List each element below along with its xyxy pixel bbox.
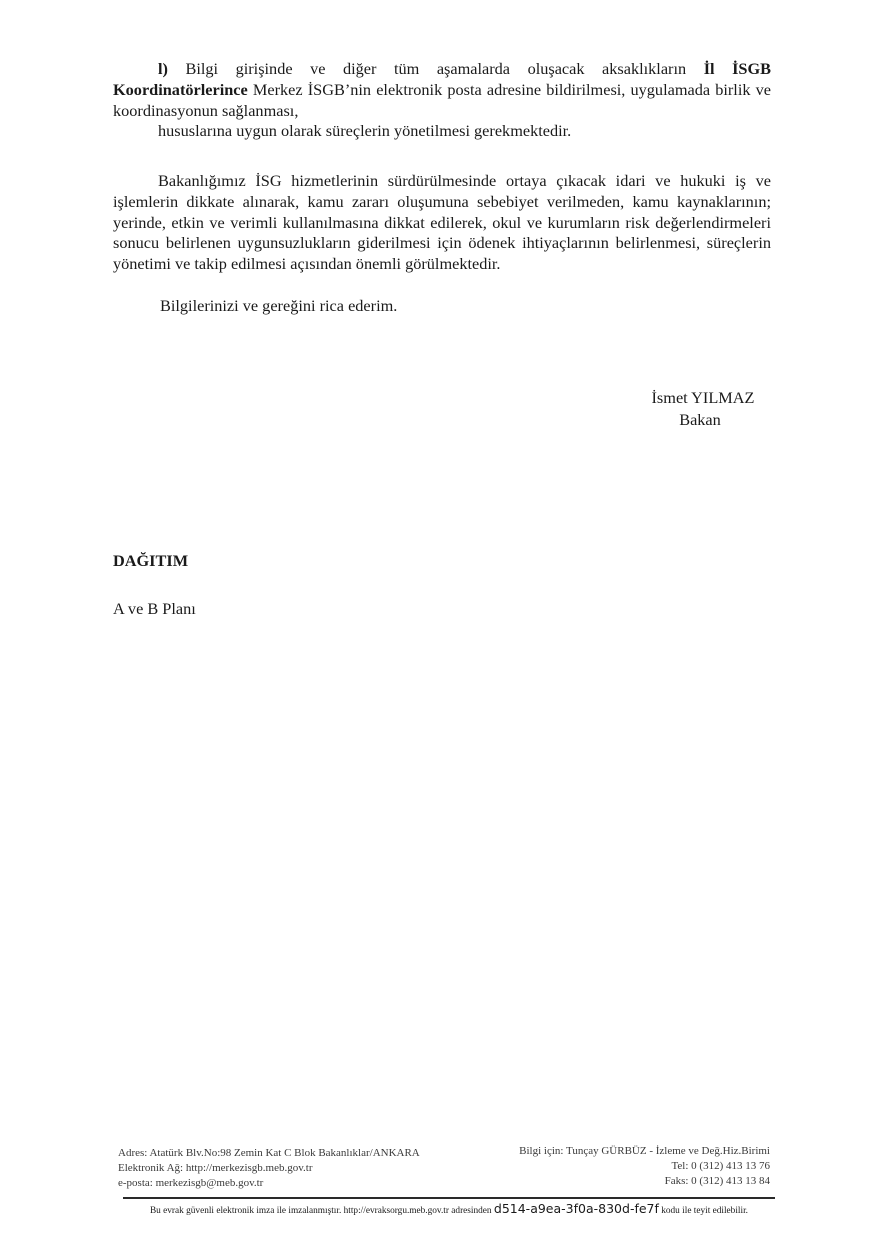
- signatory-title: Bakan: [600, 410, 800, 431]
- footer-email: e-posta: merkezisgb@meb.gov.tr: [118, 1176, 420, 1191]
- footer-fax: Faks: 0 (312) 413 13 84: [480, 1174, 770, 1189]
- paragraph-closing: Bilgilerinizi ve gereğini rica ederim.: [113, 296, 771, 317]
- footer-address: Adres: Atatürk Blv.No:98 Zemin Kat C Blo…: [118, 1146, 420, 1161]
- distribution-item: A ve B Planı: [113, 599, 196, 619]
- verification-note: Bu evrak güvenli elektronik imza ile imz…: [123, 1201, 775, 1216]
- footer-divider: [123, 1197, 775, 1199]
- verification-code: d514-a9ea-3f0a-830d-fe7f: [494, 1201, 659, 1216]
- footer-web: Elektronik Ağ: http://merkezisgb.meb.gov…: [118, 1161, 420, 1176]
- item-marker: l): [158, 59, 168, 78]
- paragraph-main: Bakanlığımız İSG hizmetlerinin sürdürülm…: [113, 171, 771, 275]
- footer-contact-block: Bilgi için: Tunçay GÜRBÜZ - İzleme ve De…: [480, 1144, 770, 1189]
- distribution-heading: DAĞITIM: [113, 551, 188, 571]
- footer-tel: Tel: 0 (312) 413 13 76: [480, 1159, 770, 1174]
- item-l-text-1: Bilgi girişinde ve diğer tüm aşamalarda …: [168, 59, 704, 78]
- paragraph-conclusion: hususlarına uygun olarak süreçlerin yöne…: [113, 121, 771, 142]
- verification-suffix: kodu ile teyit edilebilir.: [661, 1206, 748, 1216]
- verification-prefix: Bu evrak güvenli elektronik imza ile imz…: [150, 1206, 492, 1216]
- document-page: l) Bilgi girişinde ve diğer tüm aşamalar…: [0, 0, 880, 1245]
- signatory-name: İsmet YILMAZ: [603, 388, 803, 409]
- footer-address-block: Adres: Atatürk Blv.No:98 Zemin Kat C Blo…: [118, 1146, 420, 1191]
- paragraph-item-l: l) Bilgi girişinde ve diğer tüm aşamalar…: [113, 59, 771, 121]
- footer-contact: Bilgi için: Tunçay GÜRBÜZ - İzleme ve De…: [480, 1144, 770, 1159]
